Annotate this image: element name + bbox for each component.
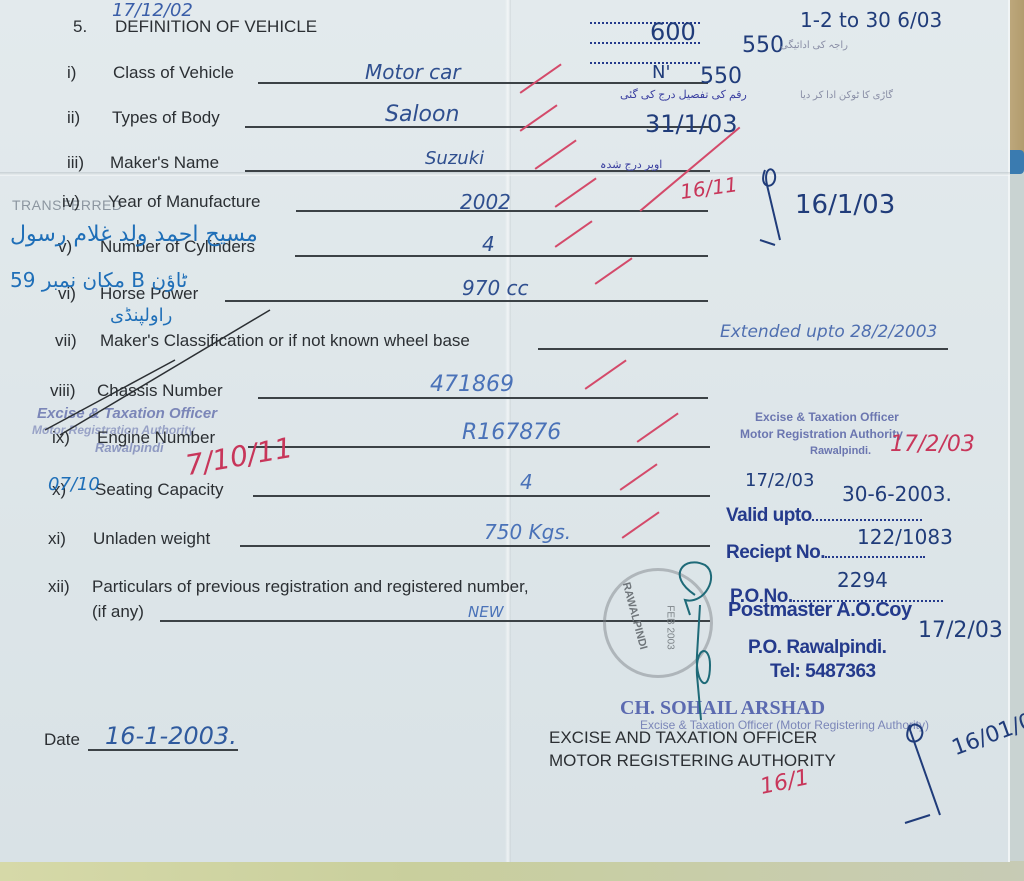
field-underline <box>295 255 708 257</box>
urdu-faded-text: گاڑی کا ٹوکن ادا کر دیا <box>800 90 893 101</box>
field-value-engine-number[interactable]: R167876 <box>462 420 561 445</box>
stamp-sign-date: 17/2/03 <box>745 470 814 491</box>
signature-date-right: 16/1/03 <box>795 190 895 220</box>
red-tick-mark <box>520 63 562 93</box>
field-label-unladen-weight: Unladen weight <box>93 529 210 549</box>
ledger-value-4: 550 <box>700 64 742 89</box>
po-location: P.O. Rawalpindi. <box>748 637 886 659</box>
field-value-makers-name[interactable]: Suzuki <box>425 148 484 169</box>
handwritten-top-date: 17/12/02 <box>112 0 193 21</box>
field-label-year-of-manufacture: Year of Manufacture <box>108 192 260 212</box>
field-label-seating-capacity: Seating Capacity <box>95 480 224 500</box>
red-initial-mid: 16/11 <box>679 172 739 204</box>
field-label-class-of-vehicle: Class of Vehicle <box>113 63 234 83</box>
red-tick-mark <box>595 257 633 284</box>
signature-bottom-icon <box>900 715 960 825</box>
field-label-previous-registration: Particulars of previous registration and… <box>92 577 529 597</box>
field-underline <box>225 300 708 302</box>
receipt-label: Reciept No. <box>726 542 825 563</box>
field-label-makers-name: Maker's Name <box>110 153 219 173</box>
valid-upto-row: Valid upto <box>726 505 922 527</box>
field-num: ii) <box>67 108 80 128</box>
black-strike-lines <box>40 300 280 440</box>
ledger-value-5: 31/1/03 <box>645 110 738 138</box>
urdu-text: رقم کی تفصیل درج کی گئی <box>620 88 747 101</box>
field-value-chassis-number[interactable]: 471869 <box>430 372 514 397</box>
red-tick-mark <box>535 139 577 169</box>
red-stamp-date: 17/2/03 <box>890 432 975 457</box>
field-label-types-of-body: Types of Body <box>112 108 220 128</box>
section-number: 5. <box>73 17 87 37</box>
valid-upto-dotted <box>812 505 922 521</box>
officer-title-line1: EXCISE AND TAXATION OFFICER <box>549 728 817 748</box>
red-tick-mark <box>555 220 593 247</box>
receipt-value[interactable]: 122/1083 <box>857 525 953 549</box>
field-value-year-of-manufacture[interactable]: 2002 <box>460 190 511 214</box>
field-value-makers-classification[interactable]: Extended upto 28/2/2003 <box>720 322 937 342</box>
background-surface <box>0 861 1024 881</box>
field-underline <box>240 545 710 547</box>
postmaster-text: Postmaster A.O.Coy <box>728 599 912 622</box>
ledger-value-1: 600 <box>650 18 696 46</box>
ledger-note-top: 1-2 to 30 6/03 <box>800 8 942 32</box>
date-value[interactable]: 16-1-2003. <box>105 722 237 750</box>
po-no-value[interactable]: 2294 <box>837 568 888 592</box>
red-tick-mark <box>622 511 660 538</box>
field-num: xi) <box>48 529 66 549</box>
excise-stamp-line2: Motor Registration Authority <box>740 427 903 441</box>
signature-right-icon <box>755 160 795 250</box>
red-tick-mark <box>585 359 627 389</box>
field-label-if-any: (if any) <box>92 602 144 622</box>
urdu-handwriting-2: مکان نمبر 59 B ٹاؤن <box>10 268 187 292</box>
field-value-class-of-vehicle[interactable]: Motor car <box>365 60 461 84</box>
ledger-value-3: N' <box>652 62 670 83</box>
excise-stamp-line1: Excise & Taxation Officer <box>755 410 899 424</box>
valid-upto-value[interactable]: 30-6-2003. <box>842 482 952 506</box>
field-value-seating-capacity[interactable]: 4 <box>520 470 533 494</box>
field-num: xii) <box>48 577 70 597</box>
valid-upto-label: Valid upto <box>726 505 812 526</box>
field-value-horse-power[interactable]: 970 cc <box>462 276 529 300</box>
field-value-types-of-body[interactable]: Saloon <box>385 102 459 127</box>
po-sign-date: 17/2/03 <box>918 618 1003 643</box>
field-value-previous-registration[interactable]: NEW <box>468 603 504 621</box>
field-underline <box>538 348 948 350</box>
field-value-number-of-cylinders[interactable]: 4 <box>482 232 495 256</box>
urdu-text: اوپر درج شدہ <box>600 158 662 171</box>
excise-stamp-line3: Rawalpindi. <box>810 445 871 457</box>
field-num: i) <box>67 63 76 83</box>
red-tick-mark <box>637 412 679 442</box>
po-tel: Tel: 5487363 <box>770 661 876 683</box>
field-value-unladen-weight[interactable]: 750 Kgs. <box>484 520 571 544</box>
registration-document: 5. DEFINITION OF VEHICLE 17/12/02 i) Cla… <box>0 0 1010 862</box>
field-underline <box>245 126 710 128</box>
field-num: iv) <box>62 192 80 212</box>
field-underline <box>253 495 710 497</box>
field-underline <box>248 446 710 448</box>
red-tick-mark <box>555 177 597 207</box>
field-underline <box>258 397 708 399</box>
stamp-signature-date: 07/10 <box>48 474 100 495</box>
urdu-faded-text: راجہ کی ادائیگی <box>780 40 848 51</box>
ledger-value-2: 550 <box>742 33 784 58</box>
postmaster-signature-icon <box>665 555 735 725</box>
field-underline <box>258 82 708 84</box>
red-tick-mark <box>620 463 658 490</box>
date-label: Date <box>44 730 80 750</box>
urdu-handwriting-1: مسیح احمد ولد غلام رسول <box>10 222 258 247</box>
field-num: iii) <box>67 153 84 173</box>
